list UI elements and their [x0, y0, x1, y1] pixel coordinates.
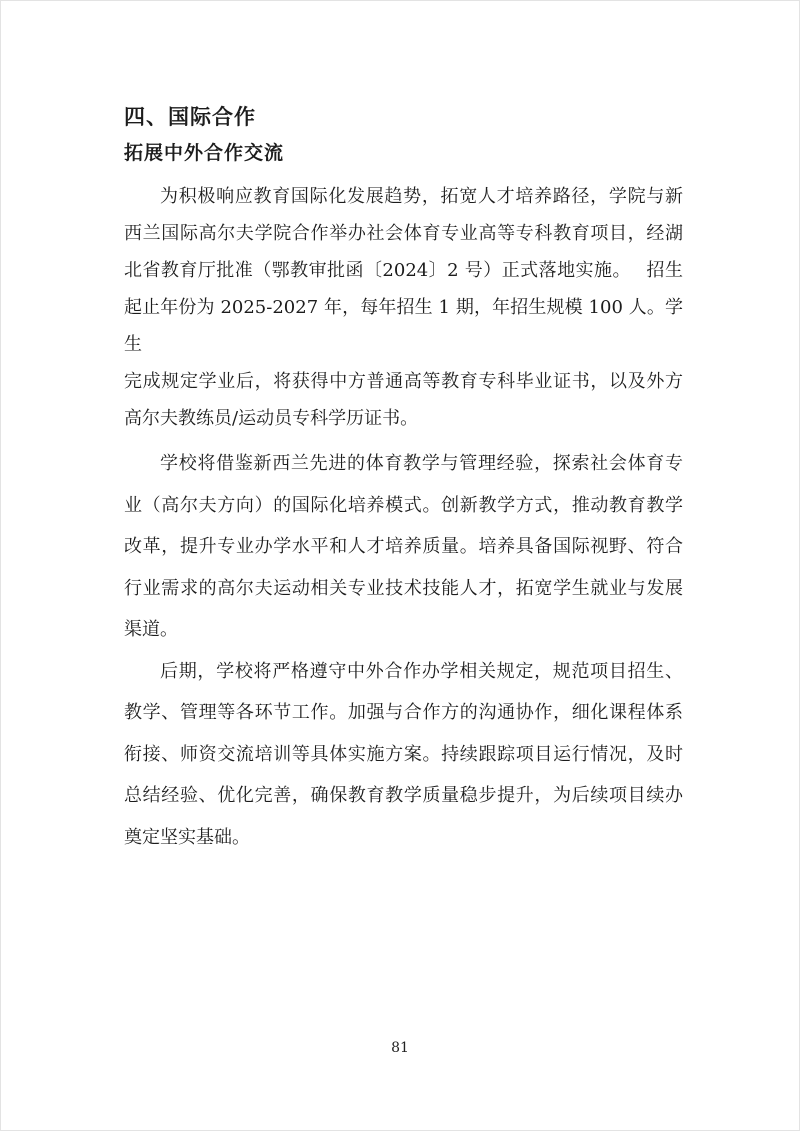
text-line: 北省教育厅批准（鄂教审批函〔2024〕2 号）正式落地实施。 招生 [124, 252, 683, 289]
text-line: 行业需求的高尔夫运动相关专业技术技能人才，拓宽学生就业与发展 [124, 568, 683, 610]
page-number: 81 [391, 1040, 409, 1056]
page-footer: 81 [1, 1039, 799, 1057]
paragraph: 为积极响应教育国际化发展趋势，拓宽人才培养路径，学院与新西兰国际高尔夫学院合作举… [124, 178, 683, 437]
text-line: 后期，学校将严格遵守中外合作办学相关规定，规范项目招生、 [124, 651, 683, 693]
document-body: 四、国际合作 拓展中外合作交流 为积极响应教育国际化发展趋势，拓宽人才培养路径，… [1, 1, 799, 1130]
text-line: 改革，提升专业办学水平和人才培养质量。培养具备国际视野、符合 [124, 526, 683, 568]
paragraph: 后期，学校将严格遵守中外合作办学相关规定，规范项目招生、教学、管理等各环节工作。… [124, 651, 683, 859]
text-line: 衔接、师资交流培训等具体实施方案。持续跟踪项目运行情况，及时 [124, 734, 683, 776]
text-line: 西兰国际高尔夫学院合作举办社会体育专业高等专科教育项目，经湖 [124, 215, 683, 252]
text-line: 学校将借鉴新西兰先进的体育教学与管理经验，探索社会体育专 [124, 443, 683, 485]
paragraph-container: 为积极响应教育国际化发展趋势，拓宽人才培养路径，学院与新西兰国际高尔夫学院合作举… [124, 178, 683, 858]
text-line: 总结经验、优化完善，确保教育教学质量稳步提升，为后续项目续办 [124, 775, 683, 817]
text-line: 为积极响应教育国际化发展趋势，拓宽人才培养路径，学院与新 [124, 178, 683, 215]
document-page: { "page": { "heading": "四、国际合作", "subhea… [0, 0, 800, 1131]
text-line: 渠道。 [124, 609, 683, 651]
text-line: 教学、管理等各环节工作。加强与合作方的沟通协作，细化课程体系 [124, 692, 683, 734]
text-line: 业（高尔夫方向）的国际化培养模式。创新教学方式，推动教育教学 [124, 485, 683, 527]
section-subheading: 拓展中外合作交流 [124, 140, 683, 166]
section-heading: 四、国际合作 [124, 103, 683, 131]
text-line: 高尔夫教练员/运动员专科学历证书。 [124, 400, 683, 437]
text-line: 奠定坚实基础。 [124, 817, 683, 859]
text-line: 完成规定学业后，将获得中方普通高等教育专科毕业证书，以及外方 [124, 363, 683, 400]
text-line: 起止年份为 2025-2027 年，每年招生 1 期，年招生规模 100 人。学… [124, 289, 683, 363]
paragraph: 学校将借鉴新西兰先进的体育教学与管理经验，探索社会体育专业（高尔夫方向）的国际化… [124, 443, 683, 651]
